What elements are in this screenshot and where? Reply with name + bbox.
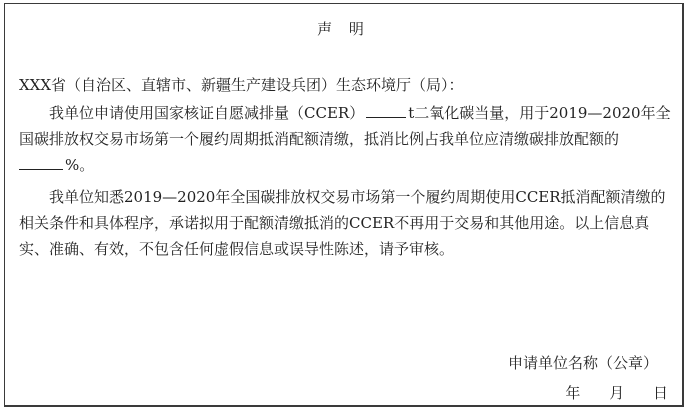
paragraph-application: 我单位申请使用国家核证自愿减排量（CCER）t二氧化碳当量，用于2019—202… <box>19 100 679 178</box>
date-day: 日 <box>653 382 668 403</box>
date-month: 月 <box>609 382 624 403</box>
offset-ratio-blank[interactable] <box>19 155 63 170</box>
declaration-frame: 声 明 XXX省（自治区、直辖市、新疆生产建设兵团）生态环境厅（局）： 我单位申… <box>4 3 684 407</box>
date-year: 年 <box>565 382 580 403</box>
document-title: 声 明 <box>5 18 682 39</box>
signature-label: 申请单位名称（公章） <box>508 352 658 373</box>
addressee-line: XXX省（自治区、直辖市、新疆生产建设兵团）生态环境厅（局）： <box>19 74 464 95</box>
paragraph-commitment: 我单位知悉2019—2020年全国碳排放权交易市场第一个履约周期使用CCER抵消… <box>19 184 679 262</box>
date-line: 年 月 日 <box>541 382 668 403</box>
ccer-amount-blank[interactable] <box>366 103 406 118</box>
paragraph1-part3: %。 <box>65 156 94 174</box>
paragraph1-part1: 我单位申请使用国家核证自愿减排量（CCER） <box>49 104 364 122</box>
paragraph2-text: 我单位知悉2019—2020年全国碳排放权交易市场第一个履约周期使用CCER抵消… <box>19 188 666 258</box>
